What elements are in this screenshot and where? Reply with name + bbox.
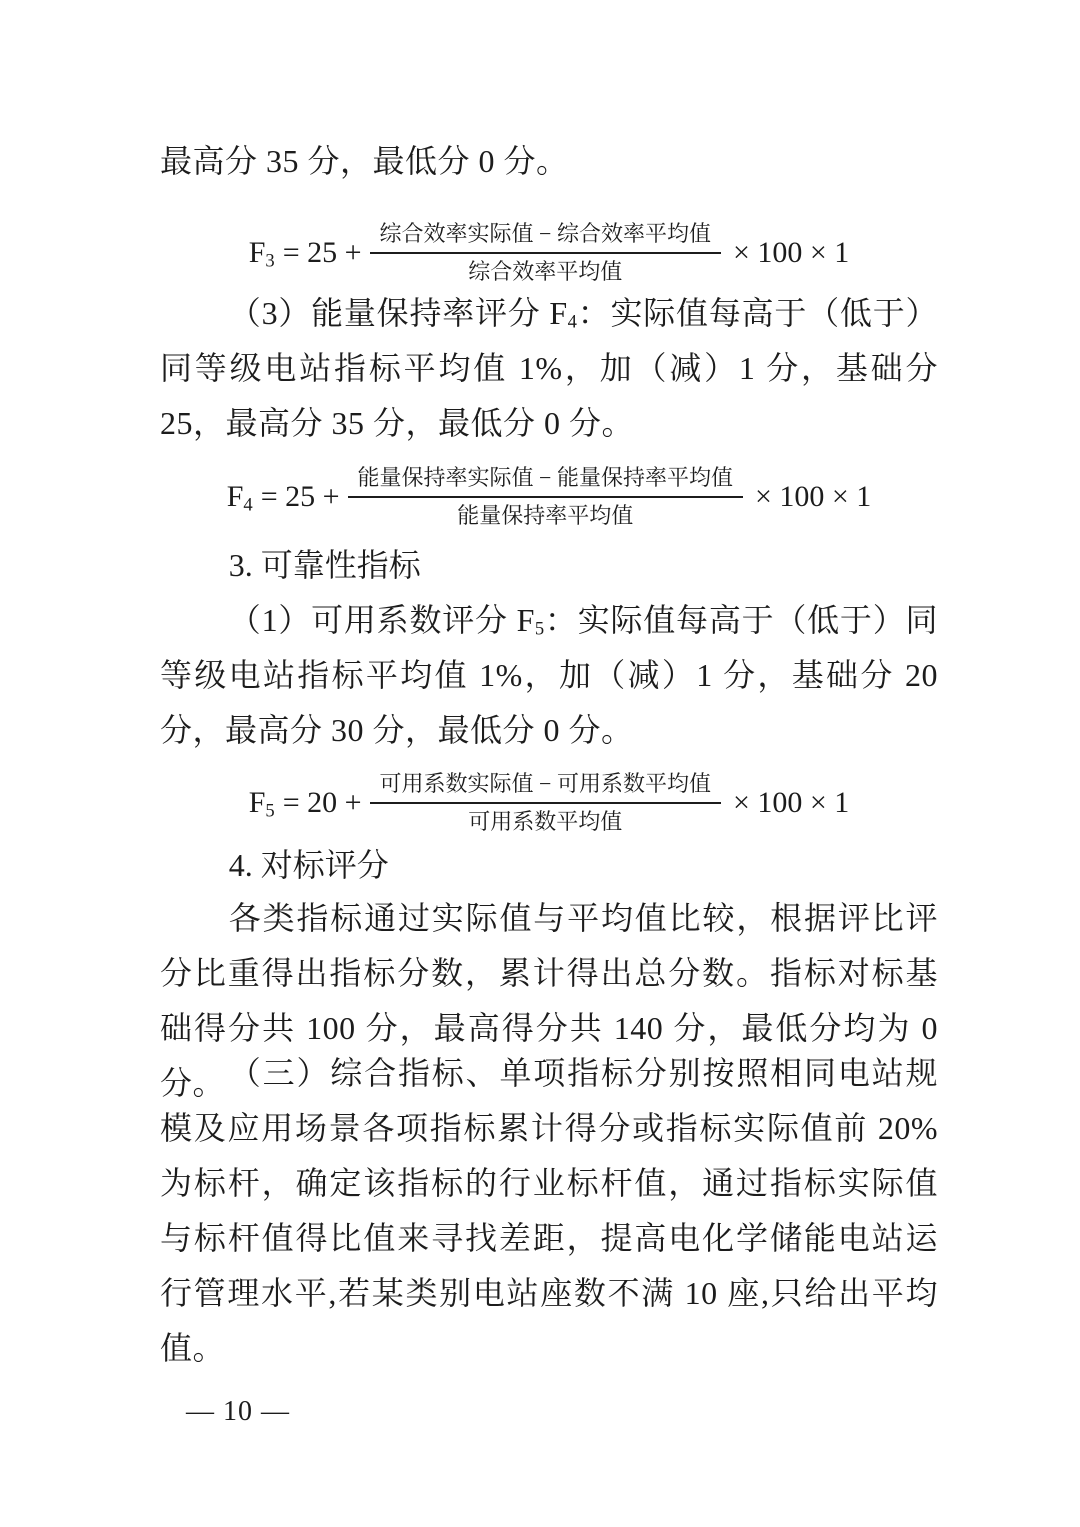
- formula-f4: F4 = 25 + 能量保持率实际值 − 能量保持率平均值 能量保持率平均值 ×…: [160, 464, 938, 530]
- paragraph-item1-f-subscript: 5: [535, 619, 545, 640]
- formula-f4-numerator: 能量保持率实际值 − 能量保持率平均值: [348, 464, 743, 498]
- formula-f5-suffix: × 100 × 1: [733, 786, 849, 820]
- formula-f5-letter: F: [249, 786, 266, 819]
- formula-f3: F3 = 25 + 综合效率实际值 − 综合效率平均值 综合效率平均值 × 10…: [160, 220, 938, 286]
- formula-f4-denominator: 能量保持率平均值: [457, 498, 633, 530]
- formula-f3-suffix: × 100 × 1: [733, 236, 849, 270]
- formula-f4-fraction: 能量保持率实际值 − 能量保持率平均值 能量保持率平均值: [348, 464, 743, 530]
- paragraph-item3-energy-retention: （3）能量保持率评分 F4：实际值每高于（低于）同等级电站指标平均值 1%，加（…: [160, 286, 938, 451]
- formula-f4-variable: F4: [227, 480, 253, 514]
- paragraph-section-three-comprehensive-indicators: （三）综合指标、单项指标分别按照相同电站规模及应用场景各项指标累计得分或指标实际…: [160, 1046, 938, 1376]
- formula-f3-subscript: 3: [265, 251, 274, 272]
- paragraph-item3-f-subscript: 4: [568, 312, 578, 333]
- formula-f3-letter: F: [249, 236, 266, 269]
- formula-f4-subscript: 4: [243, 495, 252, 516]
- formula-f5-operator: = 20 +: [283, 786, 362, 820]
- heading-benchmark-scoring: 4. 对标评分: [160, 843, 938, 888]
- formula-f3-fraction: 综合效率实际值 − 综合效率平均值 综合效率平均值: [370, 220, 721, 286]
- paragraph-item1-text-before: （1）可用系数评分 F: [229, 602, 535, 638]
- paragraph-item1-availability-factor: （1）可用系数评分 F5：实际值每高于（低于）同等级电站指标平均值 1%，加（减…: [160, 593, 938, 758]
- formula-f4-operator: = 25 +: [261, 480, 340, 514]
- formula-f3-operator: = 25 +: [283, 236, 362, 270]
- formula-f4-suffix: × 100 × 1: [755, 480, 871, 514]
- heading-reliability-indicators: 3. 可靠性指标: [160, 543, 938, 588]
- formula-f5-subscript: 5: [265, 801, 274, 822]
- page-number: — 10 —: [186, 1396, 290, 1428]
- paragraph-item3-text-before: （3）能量保持率评分 F: [229, 295, 568, 331]
- formula-f5-variable: F5: [249, 786, 275, 820]
- formula-f5-numerator: 可用系数实际值 − 可用系数平均值: [370, 770, 721, 804]
- formula-f3-variable: F3: [249, 236, 275, 270]
- formula-f3-denominator: 综合效率平均值: [468, 254, 622, 286]
- formula-f3-numerator: 综合效率实际值 − 综合效率平均值: [370, 220, 721, 254]
- formula-f4-letter: F: [227, 480, 244, 513]
- formula-f5-denominator: 可用系数平均值: [468, 804, 622, 836]
- formula-f5: F5 = 20 + 可用系数实际值 − 可用系数平均值 可用系数平均值 × 10…: [160, 770, 938, 836]
- formula-f5-fraction: 可用系数实际值 − 可用系数平均值 可用系数平均值: [370, 770, 721, 836]
- document-page: 最高分 35 分，最低分 0 分。 F3 = 25 + 综合效率实际值 − 综合…: [0, 0, 1080, 1527]
- paragraph-score-range-continuation: 最高分 35 分，最低分 0 分。: [160, 134, 938, 189]
